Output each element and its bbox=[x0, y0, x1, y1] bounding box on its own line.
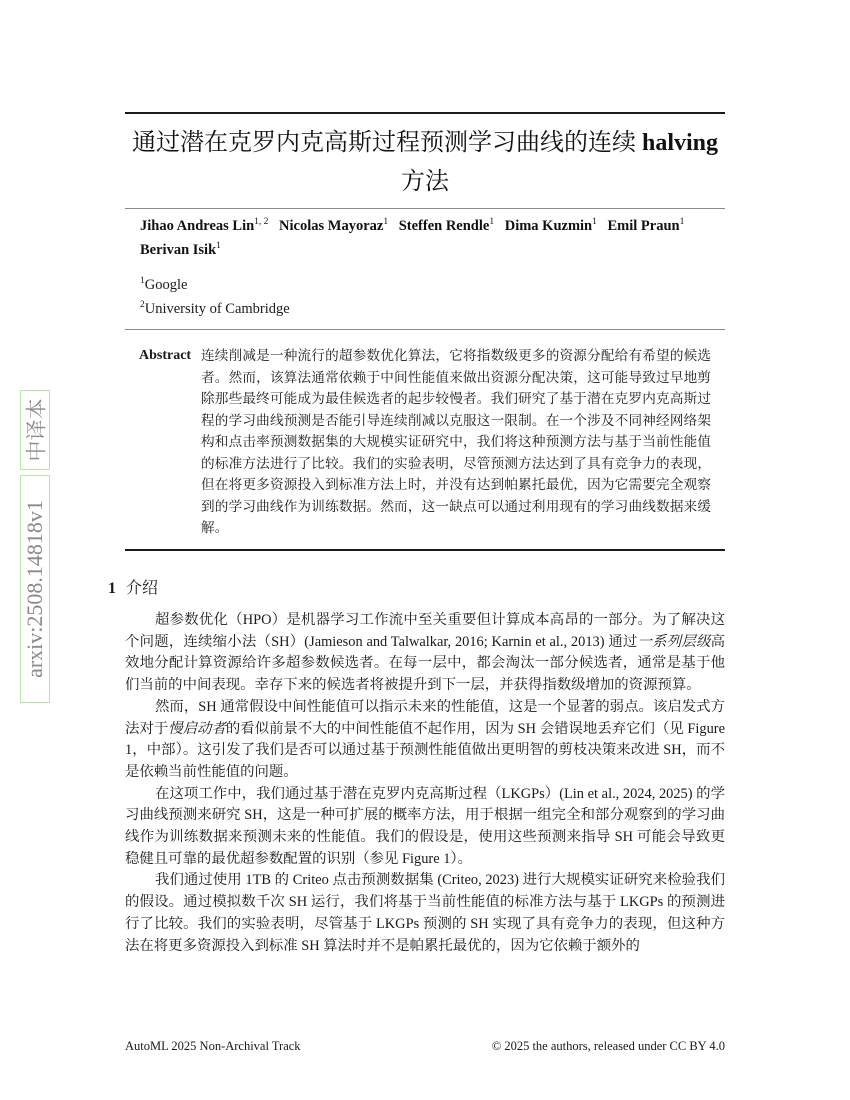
author: Jihao Andreas Lin1, 2 bbox=[140, 218, 268, 234]
section-title: 介绍 bbox=[126, 577, 158, 601]
translation-label: 中译本 bbox=[20, 399, 50, 462]
author: Emil Praun1 bbox=[608, 218, 685, 234]
title-top-rule bbox=[125, 112, 725, 114]
author: Nicolas Mayoraz1 bbox=[279, 218, 388, 234]
abstract-label: Abstract bbox=[139, 345, 191, 367]
translation-stamp: 中译本 bbox=[20, 390, 50, 470]
paragraph: 超参数优化（HPO）是机器学习工作流中至关重要但计算成本高昂的一部分。为了解决这… bbox=[125, 610, 725, 697]
title-line2: 方法 bbox=[401, 169, 449, 195]
affiliation-list: 1Google 2University of Cambridge bbox=[140, 274, 290, 321]
affiliations-bottom-rule bbox=[125, 329, 725, 330]
affiliation: 2University of Cambridge bbox=[140, 298, 290, 322]
paragraph: 我们通过使用 1TB 的 Criteo 点击预测数据集 (Criteo, 202… bbox=[125, 870, 725, 957]
footer-venue: AutoML 2025 Non-Archival Track bbox=[125, 1037, 301, 1055]
title-bottom-rule bbox=[125, 208, 725, 209]
section-number: 1 bbox=[108, 577, 116, 601]
affiliation: 1Google bbox=[140, 274, 290, 298]
paper-title: 通过潜在克罗内克高斯过程预测学习曲线的连续 halving 方法 bbox=[125, 124, 725, 202]
paragraph: 然而，SH 通常假设中间性能值可以指示未来的性能值，这是一个显著的弱点。该启发式… bbox=[125, 697, 725, 784]
arxiv-id: arxiv:2508.14818v1 bbox=[22, 500, 48, 678]
abstract-text: 连续削减是一种流行的超参数优化算法，它将指数级更多的资源分配给有希望的候选者。然… bbox=[201, 345, 711, 539]
author: Berivan Isik1 bbox=[140, 242, 221, 258]
author: Dima Kuzmin1 bbox=[505, 218, 597, 234]
paragraph: 在这项工作中，我们通过基于潜在克罗内克高斯过程（LKGPs）(Lin et al… bbox=[125, 784, 725, 871]
body-text: 超参数优化（HPO）是机器学习工作流中至关重要但计算成本高昂的一部分。为了解决这… bbox=[125, 610, 725, 957]
arxiv-stamp: arxiv:2508.14818v1 bbox=[20, 475, 50, 703]
title-bold-word: halving bbox=[642, 130, 718, 156]
author: Steffen Rendle1 bbox=[399, 218, 494, 234]
footer-license: © 2025 the authors, released under CC BY… bbox=[492, 1037, 725, 1055]
author-list: Jihao Andreas Lin1, 2 Nicolas Mayoraz1 S… bbox=[140, 214, 720, 262]
title-main: 通过潜在克罗内克高斯过程预测学习曲线的连续 bbox=[132, 130, 636, 156]
abstract-bottom-rule bbox=[125, 549, 725, 551]
